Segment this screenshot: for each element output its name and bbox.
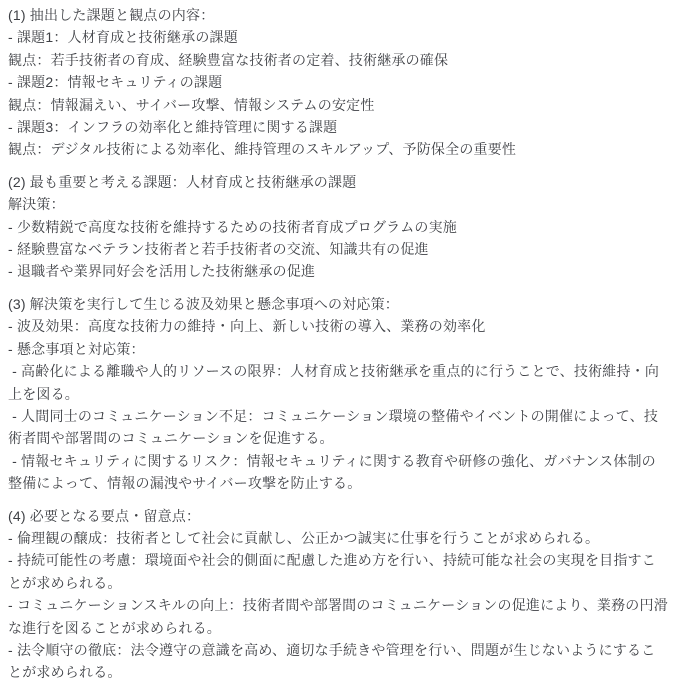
text-line: (4) 必要となる要点・留意点： xyxy=(8,505,668,527)
text-line: - 波及効果：高度な技術力の維持・向上、新しい技術の導入、業務の効率化 xyxy=(8,315,668,337)
text-line: (2) 最も重要と考える課題：人材育成と技術継承の課題 xyxy=(8,171,668,193)
text-line: - 持続可能性の考慮：環境面や社会的側面に配慮した進め方を行い、持続可能な社会の… xyxy=(8,549,668,594)
section-2-most-important-issue: (2) 最も重要と考える課題：人材育成と技術継承の課題解決策：- 少数精鋭で高度… xyxy=(8,171,668,283)
section-3-ripple-effects-and-concerns: (3) 解決策を実行して生じる波及効果と懸念事項への対応策：- 波及効果：高度な… xyxy=(8,293,668,495)
text-line: - 人間同士のコミュニケーション不足：コミュニケーション環境の整備やイベントの開… xyxy=(8,405,668,450)
text-line: 解決策： xyxy=(8,193,668,215)
section-1-extracted-issues: (1) 抽出した課題と観点の内容：- 課題1：人材育成と技術継承の課題観点：若手… xyxy=(8,4,668,161)
text-line: - 課題1：人材育成と技術継承の課題 xyxy=(8,26,668,48)
text-line: 観点：デジタル技術による効率化、維持管理のスキルアップ、予防保全の重要性 xyxy=(8,138,668,160)
text-line: 観点：若手技術者の育成、経験豊富な技術者の定着、技術継承の確保 xyxy=(8,49,668,71)
document-body: (1) 抽出した課題と観点の内容：- 課題1：人材育成と技術継承の課題観点：若手… xyxy=(0,0,676,682)
text-line: - コミュニケーションスキルの向上：技術者間や部署間のコミュニケーションの促進に… xyxy=(8,594,668,639)
text-line: - 高齢化による離職や人的リソースの限界：人材育成と技術継承を重点的に行うことで… xyxy=(8,360,668,405)
text-line: (1) 抽出した課題と観点の内容： xyxy=(8,4,668,26)
text-line: - 課題2：情報セキュリティの課題 xyxy=(8,71,668,93)
text-line: - 情報セキュリティに関するリスク：情報セキュリティに関する教育や研修の強化、ガ… xyxy=(8,450,668,495)
text-line: - 課題3：インフラの効率化と維持管理に関する課題 xyxy=(8,116,668,138)
text-line: - 退職者や業界同好会を活用した技術継承の促進 xyxy=(8,260,668,282)
text-line: 観点：情報漏えい、サイバー攻撃、情報システムの安定性 xyxy=(8,94,668,116)
text-line: - 懸念事項と対応策： xyxy=(8,338,668,360)
text-line: - 少数精鋭で高度な技術を維持するための技術者育成プログラムの実施 xyxy=(8,216,668,238)
text-line: - 倫理観の醸成：技術者として社会に貢献し、公正かつ誠実に仕事を行うことが求めら… xyxy=(8,527,668,549)
section-4-required-points: (4) 必要となる要点・留意点：- 倫理観の醸成：技術者として社会に貢献し、公正… xyxy=(8,505,668,682)
text-line: (3) 解決策を実行して生じる波及効果と懸念事項への対応策： xyxy=(8,293,668,315)
text-line: - 法令順守の徹底：法令遵守の意識を高め、適切な手続きや管理を行い、問題が生じな… xyxy=(8,639,668,682)
text-line: - 経験豊富なベテラン技術者と若手技術者の交流、知識共有の促進 xyxy=(8,238,668,260)
